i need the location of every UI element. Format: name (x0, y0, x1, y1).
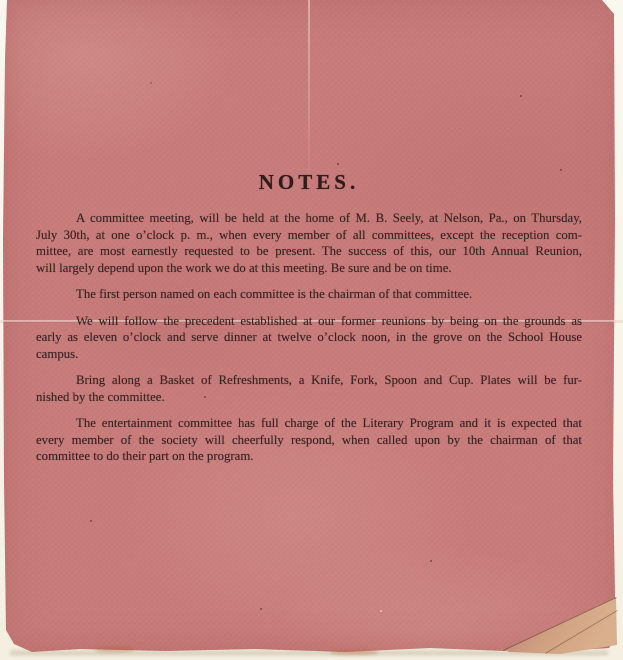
document-title: NOTES. (36, 170, 582, 194)
paragraph-line-text: The entertainment committee has full cha… (76, 416, 582, 430)
paper-speck (337, 163, 339, 165)
paragraph-line-text: committee to do their part on the progra… (36, 449, 254, 463)
document-content: NOTES. A committee meeting, will be held… (36, 170, 582, 465)
paper-speck (430, 560, 432, 562)
paragraph-line: We will follow the precedent established… (36, 313, 582, 330)
paragraph-line: Bring along a Basket of Refreshments, a … (36, 372, 582, 389)
bottom-edge-stain (330, 650, 378, 655)
paragraph: The first person named on each committee… (36, 286, 582, 303)
paragraph-line-text: campus. (36, 347, 78, 361)
paragraph-line-text: nished by the committee. (36, 390, 165, 404)
paragraph-line-text: We will follow the precedent established… (76, 314, 582, 328)
paragraph-line: July 30th, at one o’clock p. m., when ev… (36, 227, 582, 244)
paragraph-line: A committee meeting, will be held at the… (36, 210, 582, 227)
paragraph-line-text: mittee, are most earnestly requested to … (36, 244, 582, 258)
paragraph-line: committee to do their part on the progra… (36, 448, 582, 465)
paragraph-line-text: July 30th, at one o’clock p. m., when ev… (36, 228, 582, 242)
paragraph: The entertainment committee has full cha… (36, 415, 582, 465)
paragraph-line-text: Bring along a Basket of Refreshments, a … (76, 373, 582, 387)
paragraph-line-text: A committee meeting, will be held at the… (76, 211, 582, 225)
paragraph-line: mittee, are most earnestly requested to … (36, 243, 582, 260)
paragraph: We will follow the precedent established… (36, 313, 582, 363)
paragraph-line: The first person named on each committee… (36, 286, 582, 303)
paragraph-line: campus. (36, 346, 582, 363)
paragraph-line: nished by the committee. (36, 389, 582, 406)
paragraphs: A committee meeting, will be held at the… (36, 210, 582, 465)
paper-speck (260, 608, 262, 610)
bottom-edge-stain (95, 647, 133, 652)
paper-speck (90, 520, 92, 522)
paragraph-line-text: will largely depend upon the work we do … (36, 261, 452, 275)
paragraph-line: early as eleven o’clock and serve dinner… (36, 329, 582, 346)
vertical-fold-crease (308, 0, 310, 190)
paragraph: Bring along a Basket of Refreshments, a … (36, 372, 582, 405)
paragraph-line-text: early as eleven o’clock and serve dinner… (36, 330, 582, 344)
paragraph: A committee meeting, will be held at the… (36, 210, 582, 276)
paragraph-line: will largely depend upon the work we do … (36, 260, 582, 277)
paragraph-line: every member of the society will cheerfu… (36, 432, 582, 449)
paper-speck (150, 82, 152, 84)
paper-speck (520, 95, 522, 97)
scanned-document: NOTES. A committee meeting, will be held… (0, 0, 623, 660)
paragraph-line: The entertainment committee has full cha… (36, 415, 582, 432)
paper-speck (380, 610, 382, 612)
paragraph-line-text: every member of the society will cheerfu… (36, 433, 582, 447)
paragraph-line-text: The first person named on each committee… (76, 287, 472, 301)
